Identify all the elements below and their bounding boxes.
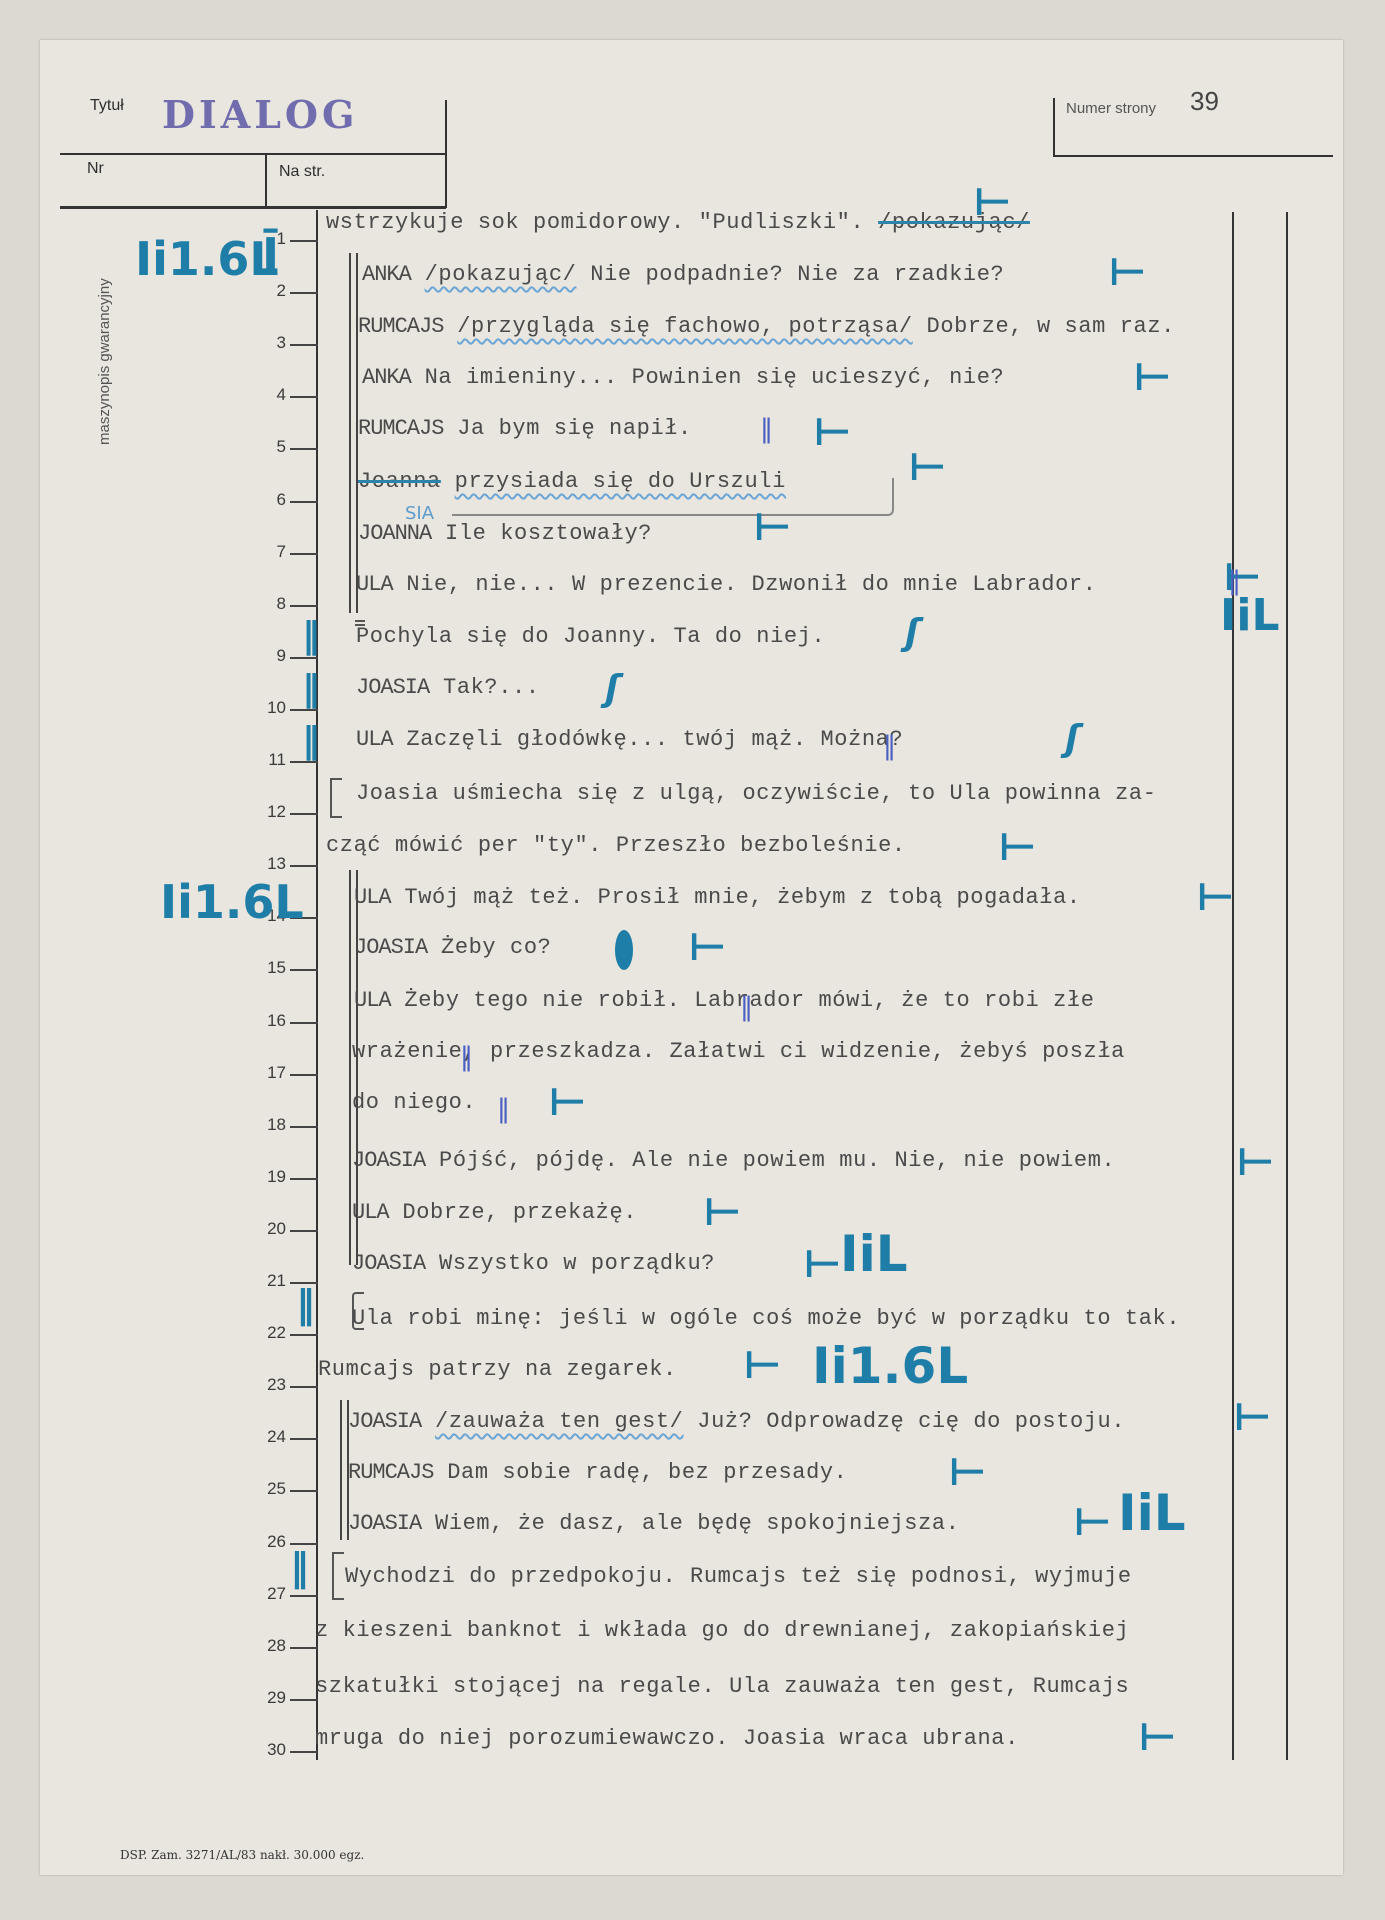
s-mark-icon: ʃ: [1065, 718, 1080, 759]
script-line-13: cząć mówić per "ty". Przeszło bezboleśni…: [326, 833, 906, 858]
cut-mark-icon: ⊢: [1133, 355, 1171, 399]
line-number-tick: [290, 709, 318, 711]
line-number: 7: [246, 542, 286, 562]
cut-mark-icon: ⊢: [973, 180, 1011, 224]
dialogue-group-bar: [349, 253, 358, 613]
line-number-tick: [290, 1595, 318, 1597]
line-number-tick: [290, 1074, 318, 1076]
cut-mark-icon: ⊢: [703, 1190, 741, 1234]
margin-ink-mark-icon: ‖: [302, 720, 320, 761]
speaker-name: ANKA: [362, 365, 411, 390]
pause-mark-icon: ‖: [760, 414, 773, 444]
print-footer: DSP. Zam. 3271/AL/83 nakł. 30.000 egz.: [120, 1848, 364, 1862]
header-divider: [265, 153, 267, 208]
side-caption: maszynopis gwarancyjny: [96, 278, 113, 445]
line-text: Tak?...: [429, 675, 539, 700]
margin-ink-mark-icon: ‖: [302, 668, 320, 709]
stage-direction: /pokazując/: [425, 262, 577, 287]
script-line-11: ULA Zaczęli głodówkę... twój mąż. Można?: [356, 727, 903, 752]
line-text: do niego.: [352, 1090, 476, 1115]
line-number-tick: [290, 501, 318, 503]
line-number-tick: [290, 761, 318, 763]
line-number-tick: [290, 1647, 318, 1649]
script-line-26: JOASIA Wiem, że dasz, ale będę spokojnie…: [348, 1511, 960, 1536]
script-line-2: ANKA /pokazując/ Nie podpadnie? Nie za r…: [362, 262, 1004, 287]
left-margin-rule: [316, 210, 318, 1760]
speaker-name: ULA: [356, 572, 393, 597]
line-number: 23: [246, 1375, 286, 1395]
page-number-box-bottom: [1053, 155, 1333, 157]
script-line-15: JOASIA Żeby co?: [354, 935, 551, 960]
speaker-name: ULA: [354, 885, 391, 910]
speaker-name: ULA: [352, 1200, 389, 1225]
cut-mark-icon: ⊢: [998, 825, 1036, 869]
line-number-tick: [290, 1490, 318, 1492]
line-text: Wszystko w porządku?: [425, 1251, 715, 1276]
script-line-12: Joasia uśmiecha się z ulgą, oczywiście, …: [356, 781, 1157, 806]
line-number-tick: [290, 553, 318, 555]
shot-suffix-annotation: Ī: [262, 228, 279, 282]
line-number: 15: [246, 958, 286, 978]
line-text: Dobrze, w sam raz.: [913, 314, 1175, 339]
line-text: Ja bym się napił.: [443, 416, 691, 441]
line-number-tick: [290, 605, 318, 607]
speaker-name: JOASIA: [354, 935, 427, 960]
cut-mark-icon: ⊢: [908, 445, 946, 489]
cut-mark-icon: ⊢: [1196, 875, 1234, 919]
cut-mark-icon: ⊢: [803, 1242, 841, 1286]
line-number: 29: [246, 1688, 286, 1708]
margin-ink-mark-icon: ‖: [296, 1282, 315, 1326]
nr-label: Nr: [87, 160, 104, 178]
ink-blot: [615, 930, 633, 970]
script-line-30: mruga do niej porozumiewawczo. Joasia wr…: [315, 1726, 1019, 1751]
speaker-name: RUMCAJS: [358, 416, 443, 441]
margin-ink-mark-icon: ‖: [290, 1545, 309, 1589]
line-number: 24: [246, 1427, 286, 1447]
line-number: 12: [246, 802, 286, 822]
speaker-name: ANKA: [362, 262, 411, 287]
line-text: Wychodzi do przedpokoju. Rumcajs też się…: [345, 1564, 1132, 1589]
line-text: Już? Odprowadzę cię do postoju.: [683, 1409, 1125, 1434]
cut-mark-icon: ⊢: [743, 1343, 781, 1387]
line-number-tick: [290, 396, 318, 398]
line-text: Twój mąż też. Prosił mnie, żebym z tobą …: [391, 885, 1081, 910]
line-text: szkatułki stojącej na regale. Ula zauważ…: [315, 1674, 1129, 1699]
cut-mark-icon: ⊢: [1233, 1395, 1271, 1439]
line-number: 8: [246, 594, 286, 614]
page-number-value: 39: [1190, 86, 1219, 117]
line-number: 4: [246, 385, 286, 405]
right-margin-rule-outer: [1286, 212, 1288, 1760]
shot-code-annotation: IiL: [1118, 1484, 1186, 1542]
script-line-18: do niego.: [352, 1090, 476, 1115]
line-number: 3: [246, 333, 286, 353]
line-number: 30: [246, 1740, 286, 1760]
shot-code-annotation: Ii1.6L: [160, 875, 304, 929]
pause-mark-icon: ‖: [1228, 566, 1241, 596]
script-line-25: RUMCAJS Dam sobie radę, bez przesady.: [348, 1460, 848, 1485]
line-number: 28: [246, 1636, 286, 1656]
cut-mark-icon: ⊢: [688, 925, 726, 969]
line-text: Wiem, że dasz, ale będę spokojniejsza.: [421, 1511, 959, 1536]
line-number-tick: [290, 344, 318, 346]
s-mark-icon: ʃ: [905, 612, 920, 653]
right-margin-rule-inner: [1232, 212, 1234, 1760]
line-text: z kieszeni banknot i wkłada go do drewni…: [315, 1618, 1129, 1643]
line-number-tick: [290, 1699, 318, 1701]
script-line-8: ULA Nie, nie... W prezencie. Dzwonił do …: [356, 572, 1097, 597]
line-number: 5: [246, 437, 286, 457]
line-number: 13: [246, 854, 286, 874]
struck-text: Joanna: [358, 469, 441, 494]
margin-ink-mark-icon: ‖: [302, 615, 320, 656]
script-line-1: wstrzykuje sok pomidorowy. "Pudliszki". …: [326, 210, 1030, 235]
line-number: 10: [246, 698, 286, 718]
line-text: Rumcajs patrzy na zegarek.: [318, 1357, 677, 1382]
cut-mark-icon: ⊢: [813, 410, 851, 454]
line-number-tick: [290, 1751, 318, 1753]
shot-code-annotation: Ii1.6L: [812, 1337, 968, 1395]
line-number-tick: [290, 865, 318, 867]
line-text: Ula robi minę: jeśli w ogóle coś może by…: [352, 1306, 1180, 1331]
script-line-9: Pochyla się do Joanny. Ta do niej.: [356, 624, 825, 649]
line-number: 19: [246, 1167, 286, 1187]
line-number: 25: [246, 1479, 286, 1499]
header-rule-bottom: [60, 206, 446, 209]
line-text: Dam sobie radę, bez przesady.: [433, 1460, 847, 1485]
line-number: 16: [246, 1011, 286, 1031]
bracket: [332, 1552, 344, 1600]
line-text: Zaczęli głodówkę... twój mąż. Można?: [393, 727, 904, 752]
line-number: 6: [246, 490, 286, 510]
header-rule-vertical: [445, 100, 447, 208]
script-line-28: z kieszeni banknot i wkłada go do drewni…: [315, 1618, 1129, 1643]
script-line-29: szkatułki stojącej na regale. Ula zauważ…: [315, 1674, 1129, 1699]
correction-text: SIA: [405, 503, 434, 524]
line-number-tick: [290, 657, 318, 659]
bracket: [330, 778, 342, 818]
line-number-tick: [290, 1334, 318, 1336]
line-number-tick: [290, 448, 318, 450]
speaker-name: JOASIA: [348, 1511, 421, 1536]
line-number-tick: [290, 1386, 318, 1388]
title-label: Tytuł: [90, 97, 124, 115]
pencil-brace: [452, 478, 894, 516]
line-text: cząć mówić per "ty". Przeszło bezboleśni…: [326, 833, 906, 858]
line-number: 20: [246, 1219, 286, 1239]
line-number: 18: [246, 1115, 286, 1135]
line-text: Nie podpadnie? Nie za rzadkie?: [576, 262, 1004, 287]
line-number: 11: [246, 750, 286, 770]
stage-direction: /zauważa ten gest/: [435, 1409, 683, 1434]
line-number: 9: [246, 646, 286, 666]
script-line-10: JOASIA Tak?...: [356, 675, 540, 700]
speaker-name: JOANNA: [358, 521, 431, 546]
cut-mark-icon: ⊢: [1108, 250, 1146, 294]
line-text: Pójść, pójdę. Ale nie powiem mu. Nie, ni…: [425, 1148, 1115, 1173]
cut-mark-icon: ⊢: [753, 505, 791, 549]
speaker-name: RUMCAJS: [358, 314, 443, 339]
speaker-name: JOASIA: [348, 1409, 421, 1434]
script-line-27: Wychodzi do przedpokoju. Rumcajs też się…: [345, 1564, 1132, 1589]
speaker-name: ULA: [356, 727, 393, 752]
pause-mark-icon: ‖: [883, 731, 896, 761]
script-line-3: RUMCAJS /przygląda się fachowo, potrząsa…: [358, 314, 1175, 339]
shot-code-annotation: Ii1.6L: [135, 232, 279, 286]
line-number-tick: [290, 1126, 318, 1128]
script-line-5: RUMCAJS Ja bym się napił.: [358, 416, 692, 441]
line-text: Na imieniny... Powinien się ucieszyć, ni…: [411, 365, 1005, 390]
cut-mark-icon: ⊢: [1236, 1140, 1274, 1184]
line-text: Nie, nie... W prezencie. Dzwonił do mnie…: [393, 572, 1097, 597]
line-number-tick: [290, 1022, 318, 1024]
stage-direction: /przygląda się fachowo, potrząsa/: [457, 314, 912, 339]
line-number-tick: [290, 969, 318, 971]
title-stamp: DIALOG: [162, 92, 358, 137]
speaker-name: ULA: [354, 988, 391, 1013]
script-line-21: JOASIA Wszystko w porządku?: [352, 1251, 715, 1276]
line-number: 26: [246, 1532, 286, 1552]
s-mark-icon: ʃ: [605, 668, 620, 709]
line-number: 27: [246, 1584, 286, 1604]
line-text: mruga do niej porozumiewawczo. Joasia wr…: [315, 1726, 1019, 1751]
script-line-14: ULA Twój mąż też. Prosił mnie, żebym z t…: [354, 885, 1081, 910]
line-number-tick: [290, 1438, 318, 1440]
pause-mark-icon: ‖: [460, 1042, 473, 1072]
line-number-tick: [290, 813, 318, 815]
pause-mark-icon: ‖: [497, 1094, 510, 1124]
script-line-4: ANKA Na imieniny... Powinien się ucieszy…: [362, 365, 1004, 390]
page-number-label: Numer strony: [1066, 100, 1156, 117]
line-text: Dobrze, przekażę.: [389, 1200, 637, 1225]
line-text: Pochyla się do Joanny. Ta do niej.: [356, 624, 825, 649]
pause-mark-icon: ‖: [740, 992, 753, 1022]
script-line-20: ULA Dobrze, przekażę.: [352, 1200, 637, 1225]
na-str-label: Na str.: [279, 163, 325, 181]
line-text: Żeby co?: [427, 935, 551, 960]
line-text: wstrzykuje sok pomidorowy. "Pudliszki".: [326, 210, 864, 235]
line-text: Ile kosztowały?: [431, 521, 652, 546]
line-number-tick: [290, 1178, 318, 1180]
speaker-name: RUMCAJS: [348, 1460, 433, 1485]
line-number-tick: [290, 240, 318, 242]
script-line-23: Rumcajs patrzy na zegarek.: [318, 1357, 677, 1382]
line-number-tick: [290, 292, 318, 294]
shot-code-annotation: IiL: [840, 1225, 908, 1283]
script-line-24: JOASIA /zauważa ten gest/ Już? Odprowadz…: [348, 1409, 1125, 1434]
speaker-name: JOASIA: [352, 1251, 425, 1276]
line-number: 21: [246, 1271, 286, 1291]
cut-mark-icon: ⊢: [548, 1080, 586, 1124]
speaker-name: JOASIA: [356, 675, 429, 700]
script-line-16: ULA Żeby tego nie robił. Labrador mówi, …: [354, 988, 1095, 1013]
line-number: 22: [246, 1323, 286, 1343]
cut-mark-icon: ⊢: [1138, 1715, 1176, 1759]
cut-mark-icon: ⊢: [948, 1450, 986, 1494]
speaker-name: JOASIA: [352, 1148, 425, 1173]
line-number-tick: [290, 1230, 318, 1232]
cut-mark-icon: ⊢: [1073, 1500, 1111, 1544]
script-line-19: JOASIA Pójść, pójdę. Ale nie powiem mu. …: [352, 1148, 1115, 1173]
script-line-22: Ula robi minę: jeśli w ogóle coś może by…: [352, 1306, 1180, 1331]
page-number-box-left: [1053, 98, 1055, 156]
line-number: 17: [246, 1063, 286, 1083]
line-text: Joasia uśmiecha się z ulgą, oczywiście, …: [356, 781, 1157, 806]
script-line-7: JOANNA Ile kosztowały?: [358, 521, 652, 546]
header-rule: [60, 153, 446, 155]
